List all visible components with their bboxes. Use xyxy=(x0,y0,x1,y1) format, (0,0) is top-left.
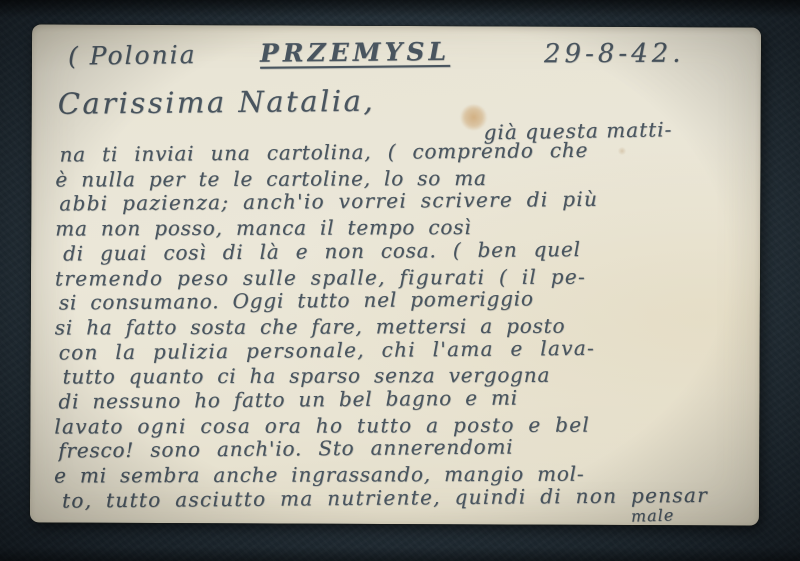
header-place: PRZEMYSL xyxy=(260,37,450,68)
letter-body: na ti inviai una cartolina, ( comprendo … xyxy=(54,143,754,517)
postcard-header: ( Polonia PRZEMYSL 29-8-42. xyxy=(32,34,752,77)
postcard: ( Polonia PRZEMYSL 29-8-42. Carissima Na… xyxy=(30,24,761,525)
handwriting-line: si consumano. Oggi tutto nel pomeriggio xyxy=(59,285,753,316)
postcard-scan: ( Polonia PRZEMYSL 29-8-42. Carissima Na… xyxy=(0,0,800,561)
handwriting-line: fresco! sono anch'io. Sto annerendomi xyxy=(58,433,752,464)
handwriting-line: di guai così di là e non cosa. ( ben que… xyxy=(63,235,753,266)
greeting: Carissima Natalia, xyxy=(58,84,376,121)
header-location: ( Polonia xyxy=(68,40,197,71)
margin-note: male xyxy=(631,505,675,525)
scan-bottom-shadow xyxy=(0,547,800,561)
handwriting-line: abbi pazienza; anch'io vorrei scrivere d… xyxy=(59,186,753,217)
handwriting-line: di nessuno ho fatto un bel bagno e mi xyxy=(58,384,752,415)
scan-top-shadow xyxy=(0,0,800,18)
header-date: 29-8-42. xyxy=(544,39,685,70)
handwriting-line: con la pulizia personale, chi l'ama e la… xyxy=(59,334,753,365)
handwriting-line: na ti inviai una cartolina, ( comprendo … xyxy=(59,136,753,167)
